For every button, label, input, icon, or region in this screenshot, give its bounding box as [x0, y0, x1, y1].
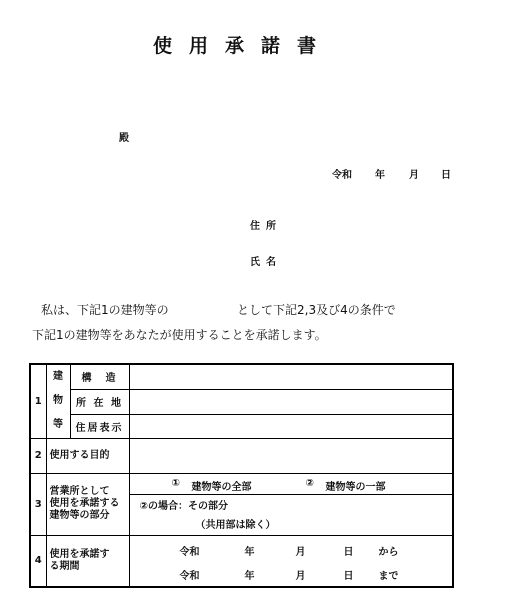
- row-2-number: 2: [30, 438, 46, 473]
- from-year: 年: [245, 543, 255, 558]
- consent-table: 1 建 物 等 構 造 所 在 地 住居表示 2 使用する目的 3 営業所として…: [29, 363, 454, 588]
- row-1-number: 1: [30, 364, 46, 438]
- from-suffix: から: [379, 543, 399, 558]
- from-era: 令和: [180, 543, 200, 558]
- name-label: 氏名: [250, 253, 282, 268]
- group-char-3: 等: [47, 413, 70, 437]
- group-char-1: 建: [47, 365, 70, 389]
- option-1-text: 建物等の全部: [192, 478, 252, 493]
- date-month: 月: [409, 166, 419, 181]
- location-label: 所 在 地: [70, 389, 129, 414]
- to-year: 年: [245, 567, 255, 582]
- date-day: 日: [441, 166, 451, 181]
- option-1-mark[interactable]: ①: [172, 478, 180, 489]
- option-2-mark[interactable]: ②: [306, 478, 314, 489]
- row-3-number: 3: [30, 473, 46, 535]
- date-era: 令和: [332, 166, 352, 181]
- partial-note: （共用部は除く）: [196, 516, 276, 531]
- residence-display-label: 住居表示: [70, 414, 129, 438]
- addressee-suffix: 殿: [119, 129, 129, 144]
- from-month: 月: [296, 543, 306, 558]
- row-4-number: 4: [30, 535, 46, 587]
- group-char-2: 物: [47, 389, 70, 413]
- to-month: 月: [296, 567, 306, 582]
- location-value[interactable]: [129, 389, 453, 414]
- to-suffix: まで: [379, 567, 399, 582]
- partial-label: ②の場合：その部分: [140, 497, 228, 512]
- row-1-group-label: 建 物 等: [46, 364, 70, 438]
- body-line-2: 下記1の建物等をあなたが使用することを承諾します。: [32, 326, 327, 343]
- body-line-1a: 私は、下記1の建物等の: [41, 301, 169, 318]
- office-part-label: 営業所として 使用を承諾する建物等の部分: [46, 473, 129, 535]
- option-row: ① 建物等の全部 ② 建物等の一部: [130, 474, 453, 495]
- residence-display-value[interactable]: [129, 414, 453, 438]
- to-day: 日: [344, 567, 354, 582]
- option-2-text: 建物等の一部: [326, 478, 386, 493]
- body-line-1b: として下記2,3及び4の条件で: [237, 301, 396, 318]
- structure-value[interactable]: [129, 364, 453, 389]
- address-label: 住所: [250, 217, 282, 232]
- document-title: 使用承諾書: [153, 31, 333, 58]
- purpose-label: 使用する目的: [46, 438, 129, 473]
- to-era: 令和: [180, 567, 200, 582]
- from-day: 日: [344, 543, 354, 558]
- office-part-cell: ① 建物等の全部 ② 建物等の一部 ②の場合：その部分 （共用部は除く）: [129, 473, 453, 535]
- date-year: 年: [375, 166, 385, 181]
- period-label: 使用を承諾する期間: [46, 535, 129, 587]
- period-cell: 令和 年 月 日 から 令和 年 月 日 まで: [129, 535, 453, 587]
- purpose-value[interactable]: [129, 438, 453, 473]
- structure-label: 構 造: [70, 364, 129, 389]
